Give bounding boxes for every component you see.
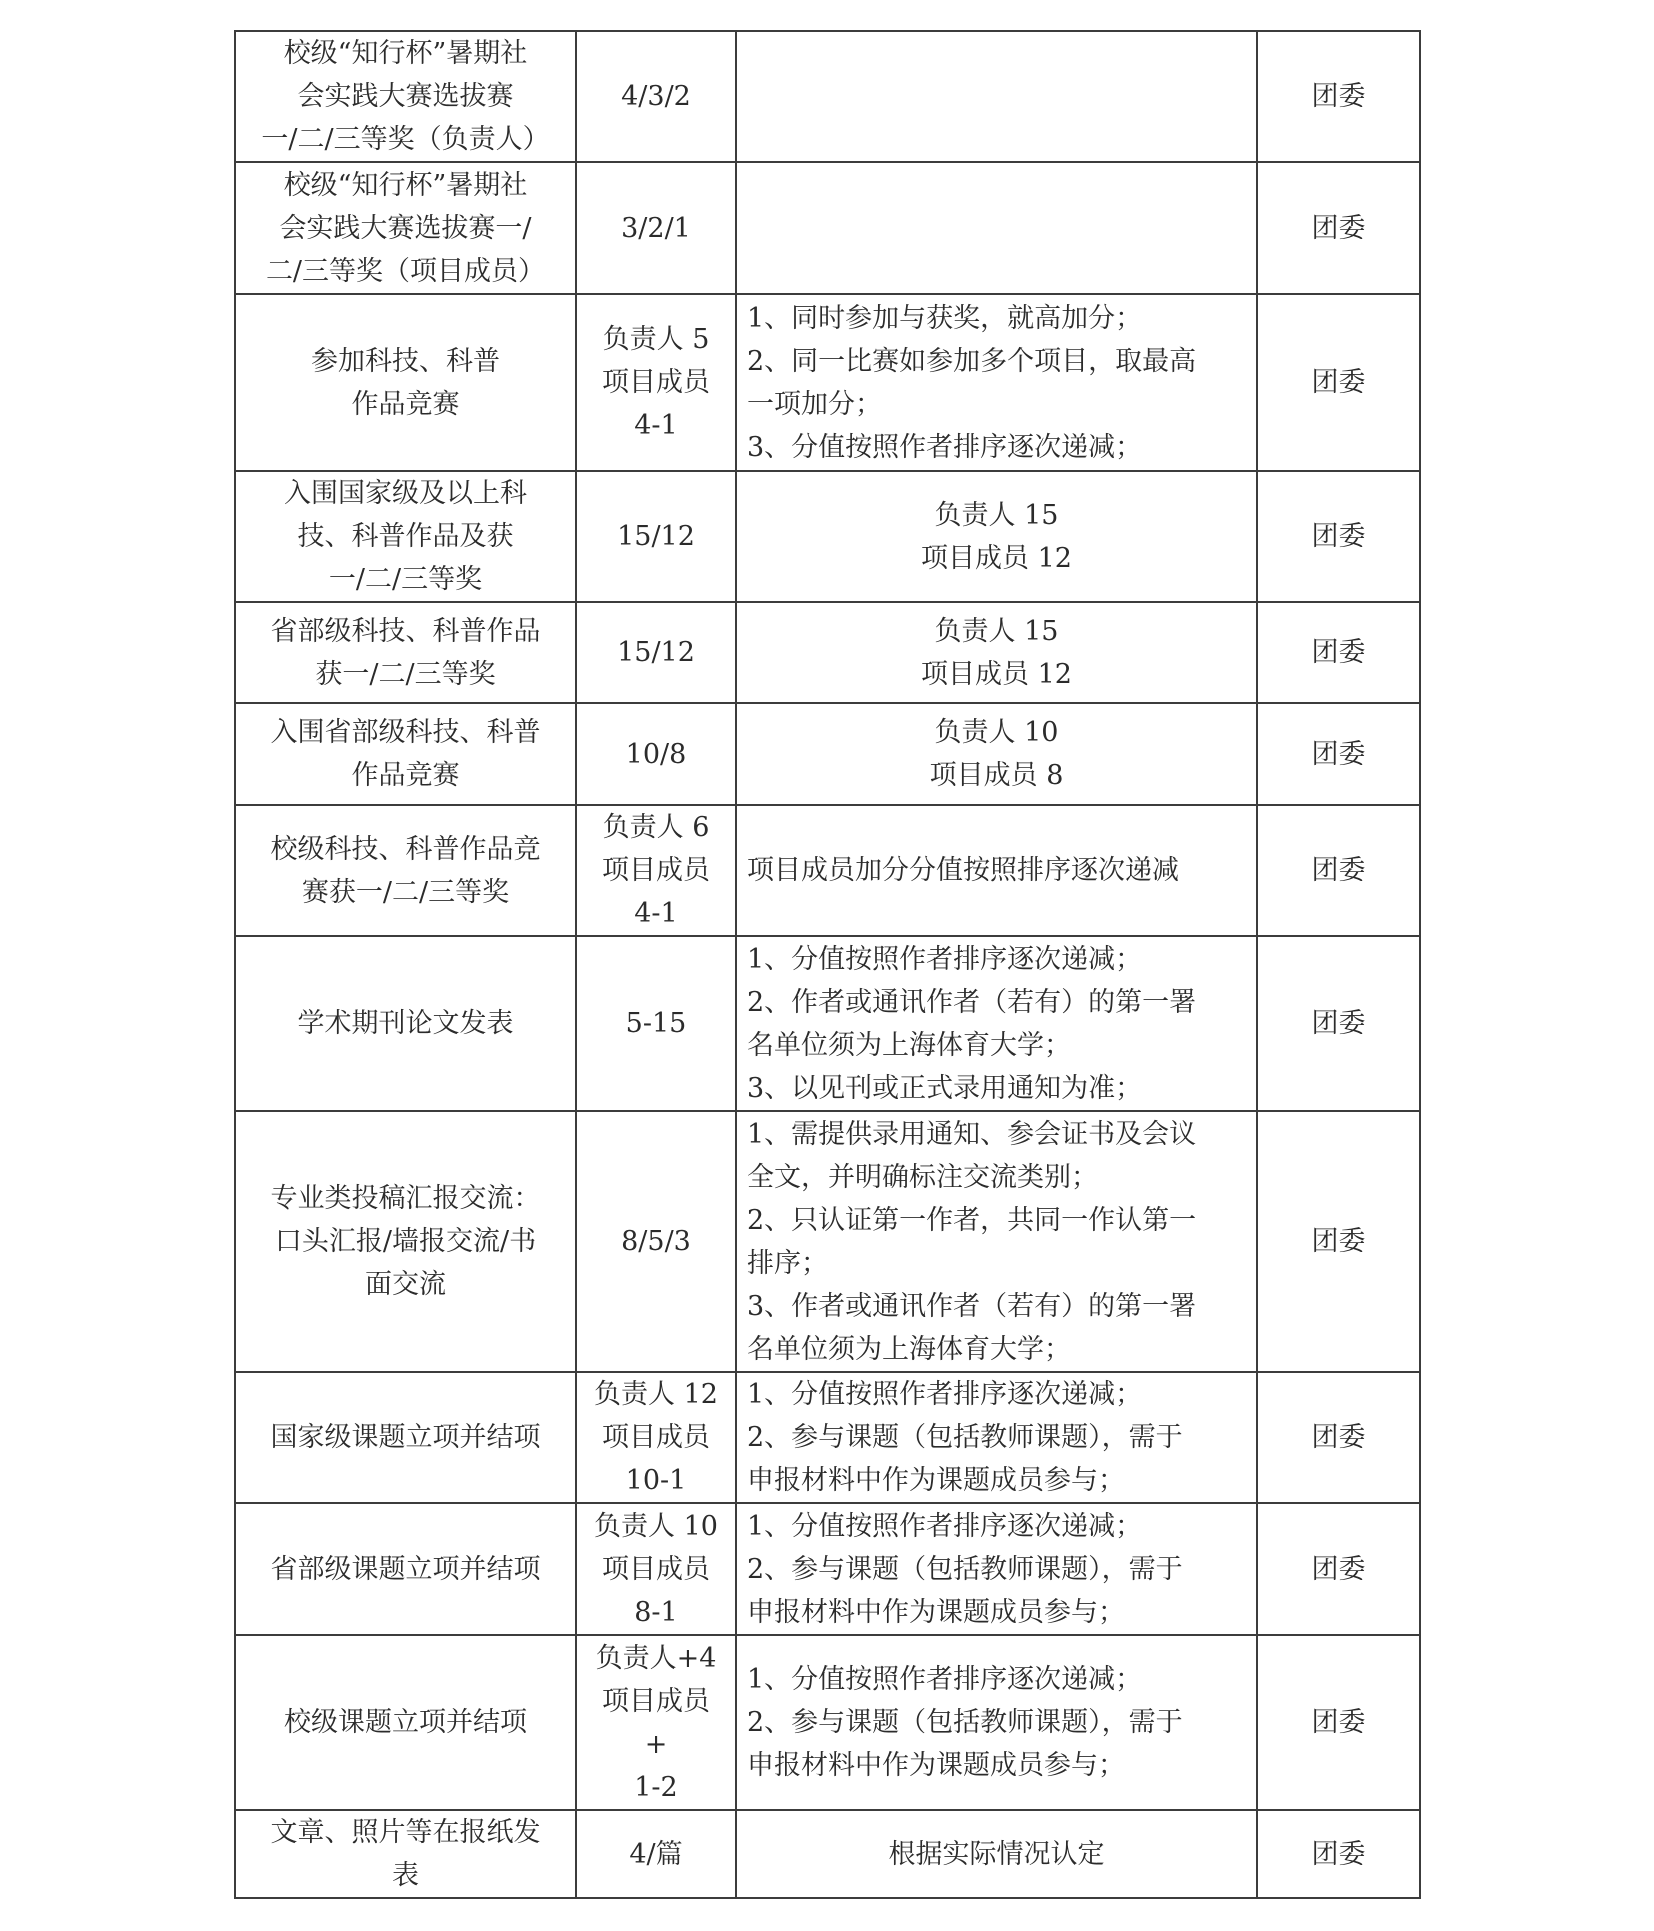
item-text-line: 参加科技、科普	[246, 340, 565, 383]
notes-text-line: 项目成员 12	[747, 537, 1246, 580]
item-text-line: 省部级课题立项并结项	[246, 1548, 565, 1591]
score-cell: 负责人 6项目成员4-1	[576, 805, 736, 936]
item-cell: 校级课题立项并结项	[235, 1635, 576, 1810]
department-cell: 团委	[1257, 1635, 1420, 1810]
score-text-line: 4/3/2	[587, 75, 725, 118]
notes-text-line: 排序；	[747, 1242, 1246, 1285]
department-text: 团委	[1268, 1416, 1409, 1459]
item-text-line: 一/二/三等奖	[246, 558, 565, 601]
notes-cell: 负责人 10项目成员 8	[736, 703, 1257, 805]
notes-cell: 1、需提供录用通知、参会证书及会议全文，并明确标注交流类别；2、只认证第一作者，…	[736, 1111, 1257, 1372]
item-cell: 国家级课题立项并结项	[235, 1372, 576, 1503]
item-text-line: 面交流	[246, 1263, 565, 1306]
department-cell: 团委	[1257, 31, 1420, 162]
item-text-line: 二/三等奖（项目成员）	[246, 250, 565, 293]
score-text-line: 负责人 6	[587, 806, 725, 849]
department-cell: 团委	[1257, 471, 1420, 602]
department-cell: 团委	[1257, 1372, 1420, 1503]
item-text-line: 入围国家级及以上科	[246, 472, 565, 515]
table-row: 学术期刊论文发表 5-15 1、分值按照作者排序逐次递减；2、作者或通讯作者（若…	[235, 936, 1420, 1111]
notes-text-line: 3、作者或通讯作者（若有）的第一署	[747, 1285, 1246, 1328]
item-text-line: 校级课题立项并结项	[246, 1701, 565, 1744]
score-cell: 负责人+4项目成员+1-2	[576, 1635, 736, 1810]
item-text-line: 国家级课题立项并结项	[246, 1416, 565, 1459]
item-text-line: 校级科技、科普作品竞	[246, 828, 565, 871]
score-text-line: 项目成员	[587, 1680, 725, 1723]
department-cell: 团委	[1257, 162, 1420, 294]
department-text: 团委	[1268, 849, 1409, 892]
score-text-line: 项目成员	[587, 1416, 725, 1459]
item-cell: 入围国家级及以上科技、科普作品及获一/二/三等奖	[235, 471, 576, 602]
department-text: 团委	[1268, 1833, 1409, 1876]
score-cell: 负责人 12项目成员10-1	[576, 1372, 736, 1503]
notes-text-line: 申报材料中作为课题成员参与；	[747, 1744, 1246, 1787]
notes-text-line: 3、以见刊或正式录用通知为准；	[747, 1067, 1246, 1110]
department-text: 团委	[1268, 515, 1409, 558]
score-text-line: 10-1	[587, 1459, 725, 1502]
notes-text-line: 1、分值按照作者排序逐次递减；	[747, 1373, 1246, 1416]
score-text-line: 3/2/1	[587, 207, 725, 250]
notes-cell: 1、分值按照作者排序逐次递减；2、参与课题（包括教师课题），需于申报材料中作为课…	[736, 1372, 1257, 1503]
notes-text-line: 1、分值按照作者排序逐次递减；	[747, 1658, 1246, 1701]
item-text-line: 作品竞赛	[246, 754, 565, 797]
notes-text-line: 项目成员 8	[747, 754, 1246, 797]
department-text: 团委	[1268, 1220, 1409, 1263]
score-text-line: 5-15	[587, 1002, 725, 1045]
score-text-line: 负责人 5	[587, 318, 725, 361]
score-text-line: 15/12	[587, 515, 725, 558]
table-row: 校级“知行杯”暑期社会实践大赛选拔赛一/二/三等奖（负责人） 4/3/2 团委	[235, 31, 1420, 162]
department-cell: 团委	[1257, 703, 1420, 805]
score-text-line: 负责人 10	[587, 1505, 725, 1548]
item-text-line: 获一/二/三等奖	[246, 653, 565, 696]
score-text-line: 4-1	[587, 892, 725, 935]
department-cell: 团委	[1257, 1810, 1420, 1898]
item-text-line: 一/二/三等奖（负责人）	[246, 118, 565, 161]
department-cell: 团委	[1257, 936, 1420, 1111]
table-row: 文章、照片等在报纸发表 4/篇 根据实际情况认定 团委	[235, 1810, 1420, 1898]
notes-cell: 1、分值按照作者排序逐次递减；2、参与课题（包括教师课题），需于申报材料中作为课…	[736, 1503, 1257, 1635]
score-cell: 4/篇	[576, 1810, 736, 1898]
score-text-line: 负责人 12	[587, 1373, 725, 1416]
score-text-line: 8/5/3	[587, 1220, 725, 1263]
notes-text-line: 1、分值按照作者排序逐次递减；	[747, 938, 1246, 981]
notes-text-line: 2、只认证第一作者，共同一作认第一	[747, 1199, 1246, 1242]
notes-text-line: 2、同一比赛如参加多个项目，取最高	[747, 340, 1246, 383]
item-cell: 参加科技、科普作品竞赛	[235, 294, 576, 471]
department-cell: 团委	[1257, 294, 1420, 471]
score-cell: 8/5/3	[576, 1111, 736, 1372]
department-text: 团委	[1268, 207, 1409, 250]
department-cell: 团委	[1257, 1111, 1420, 1372]
table-row: 校级科技、科普作品竞赛获一/二/三等奖 负责人 6项目成员4-1 项目成员加分分…	[235, 805, 1420, 936]
notes-text-line: 1、同时参加与获奖，就高加分；	[747, 297, 1246, 340]
item-text-line: 省部级科技、科普作品	[246, 610, 565, 653]
item-text-line: 校级“知行杯”暑期社	[246, 32, 565, 75]
table-row: 校级课题立项并结项 负责人+4项目成员+1-2 1、分值按照作者排序逐次递减；2…	[235, 1635, 1420, 1810]
department-text: 团委	[1268, 1002, 1409, 1045]
score-cell: 10/8	[576, 703, 736, 805]
department-text: 团委	[1268, 361, 1409, 404]
department-cell: 团委	[1257, 805, 1420, 936]
item-text-line: 入围省部级科技、科普	[246, 711, 565, 754]
notes-text-line: 全文，并明确标注交流类别；	[747, 1156, 1246, 1199]
notes-text-line: 申报材料中作为课题成员参与；	[747, 1459, 1246, 1502]
table-row: 入围省部级科技、科普作品竞赛 10/8 负责人 10项目成员 8 团委	[235, 703, 1420, 805]
notes-text-line: 根据实际情况认定	[747, 1833, 1246, 1876]
score-text-line: 负责人+4	[587, 1637, 725, 1680]
department-text: 团委	[1268, 733, 1409, 776]
score-cell: 5-15	[576, 936, 736, 1111]
notes-text-line: 一项加分；	[747, 383, 1246, 426]
table-row: 入围国家级及以上科技、科普作品及获一/二/三等奖 15/12 负责人 15项目成…	[235, 471, 1420, 602]
score-text-line: 8-1	[587, 1591, 725, 1634]
item-cell: 文章、照片等在报纸发表	[235, 1810, 576, 1898]
notes-cell: 项目成员加分分值按照排序逐次递减	[736, 805, 1257, 936]
item-text-line: 会实践大赛选拔赛	[246, 75, 565, 118]
department-cell: 团委	[1257, 602, 1420, 703]
department-text: 团委	[1268, 75, 1409, 118]
notes-text-line: 名单位须为上海体育大学；	[747, 1024, 1246, 1067]
bonus-points-table: 校级“知行杯”暑期社会实践大赛选拔赛一/二/三等奖（负责人） 4/3/2 团委 …	[234, 30, 1421, 1899]
table-body: 校级“知行杯”暑期社会实践大赛选拔赛一/二/三等奖（负责人） 4/3/2 团委 …	[235, 31, 1420, 1898]
score-cell: 负责人 10项目成员8-1	[576, 1503, 736, 1635]
notes-text-line: 1、需提供录用通知、参会证书及会议	[747, 1113, 1246, 1156]
table-row: 省部级课题立项并结项 负责人 10项目成员8-1 1、分值按照作者排序逐次递减；…	[235, 1503, 1420, 1635]
item-text-line: 学术期刊论文发表	[246, 1002, 565, 1045]
table-row: 参加科技、科普作品竞赛 负责人 5项目成员4-1 1、同时参加与获奖，就高加分；…	[235, 294, 1420, 471]
score-cell: 4/3/2	[576, 31, 736, 162]
item-text-line: 专业类投稿汇报交流：	[246, 1177, 565, 1220]
notes-cell: 1、同时参加与获奖，就高加分；2、同一比赛如参加多个项目，取最高一项加分；3、分…	[736, 294, 1257, 471]
notes-text-line: 名单位须为上海体育大学；	[747, 1328, 1246, 1371]
item-text-line: 作品竞赛	[246, 383, 565, 426]
notes-text-line: 1、分值按照作者排序逐次递减；	[747, 1505, 1246, 1548]
notes-text-line: 负责人 10	[747, 711, 1246, 754]
score-cell: 负责人 5项目成员4-1	[576, 294, 736, 471]
item-text-line: 会实践大赛选拔赛一/	[246, 207, 565, 250]
table-row: 省部级科技、科普作品获一/二/三等奖 15/12 负责人 15项目成员 12 团…	[235, 602, 1420, 703]
item-cell: 校级科技、科普作品竞赛获一/二/三等奖	[235, 805, 576, 936]
score-text-line: 4-1	[587, 404, 725, 447]
department-text: 团委	[1268, 631, 1409, 674]
score-text-line: 10/8	[587, 733, 725, 776]
notes-text-line: 2、参与课题（包括教师课题），需于	[747, 1416, 1246, 1459]
score-text-line: 项目成员	[587, 361, 725, 404]
item-text-line: 校级“知行杯”暑期社	[246, 164, 565, 207]
notes-cell: 1、分值按照作者排序逐次递减；2、作者或通讯作者（若有）的第一署名单位须为上海体…	[736, 936, 1257, 1111]
item-cell: 校级“知行杯”暑期社会实践大赛选拔赛一/二/三等奖（项目成员）	[235, 162, 576, 294]
notes-cell: 负责人 15项目成员 12	[736, 471, 1257, 602]
score-text-line: 项目成员	[587, 1548, 725, 1591]
item-cell: 省部级科技、科普作品获一/二/三等奖	[235, 602, 576, 703]
item-cell: 省部级课题立项并结项	[235, 1503, 576, 1635]
notes-text-line: 负责人 15	[747, 494, 1246, 537]
notes-text-line: 项目成员加分分值按照排序逐次递减	[747, 849, 1246, 892]
item-text-line: 口头汇报/墙报交流/书	[246, 1220, 565, 1263]
table-row: 国家级课题立项并结项 负责人 12项目成员10-1 1、分值按照作者排序逐次递减…	[235, 1372, 1420, 1503]
notes-text-line: 项目成员 12	[747, 653, 1246, 696]
department-text: 团委	[1268, 1548, 1409, 1591]
item-text-line: 文章、照片等在报纸发	[246, 1811, 565, 1854]
notes-text-line: 负责人 15	[747, 610, 1246, 653]
score-text-line: 4/篇	[587, 1833, 725, 1876]
notes-text-line: 2、参与课题（包括教师课题），需于	[747, 1701, 1246, 1744]
score-text-line: +	[587, 1723, 725, 1766]
score-text-line: 15/12	[587, 631, 725, 674]
department-text: 团委	[1268, 1701, 1409, 1744]
score-cell: 15/12	[576, 471, 736, 602]
score-cell: 15/12	[576, 602, 736, 703]
notes-cell	[736, 31, 1257, 162]
department-cell: 团委	[1257, 1503, 1420, 1635]
notes-cell: 1、分值按照作者排序逐次递减；2、参与课题（包括教师课题），需于申报材料中作为课…	[736, 1635, 1257, 1810]
notes-text-line: 2、参与课题（包括教师课题），需于	[747, 1548, 1246, 1591]
notes-cell: 根据实际情况认定	[736, 1810, 1257, 1898]
score-text-line: 1-2	[587, 1766, 725, 1809]
item-cell: 入围省部级科技、科普作品竞赛	[235, 703, 576, 805]
item-text-line: 技、科普作品及获	[246, 515, 565, 558]
item-text-line: 表	[246, 1854, 565, 1897]
item-cell: 学术期刊论文发表	[235, 936, 576, 1111]
table-row: 专业类投稿汇报交流：口头汇报/墙报交流/书面交流 8/5/3 1、需提供录用通知…	[235, 1111, 1420, 1372]
table-row: 校级“知行杯”暑期社会实践大赛选拔赛一/二/三等奖（项目成员） 3/2/1 团委	[235, 162, 1420, 294]
notes-text-line: 3、分值按照作者排序逐次递减；	[747, 426, 1246, 469]
item-text-line: 赛获一/二/三等奖	[246, 871, 565, 914]
score-cell: 3/2/1	[576, 162, 736, 294]
notes-cell	[736, 162, 1257, 294]
score-text-line: 项目成员	[587, 849, 725, 892]
notes-text-line: 申报材料中作为课题成员参与；	[747, 1591, 1246, 1634]
item-cell: 专业类投稿汇报交流：口头汇报/墙报交流/书面交流	[235, 1111, 576, 1372]
notes-text-line: 2、作者或通讯作者（若有）的第一署	[747, 981, 1246, 1024]
notes-cell: 负责人 15项目成员 12	[736, 602, 1257, 703]
item-cell: 校级“知行杯”暑期社会实践大赛选拔赛一/二/三等奖（负责人）	[235, 31, 576, 162]
